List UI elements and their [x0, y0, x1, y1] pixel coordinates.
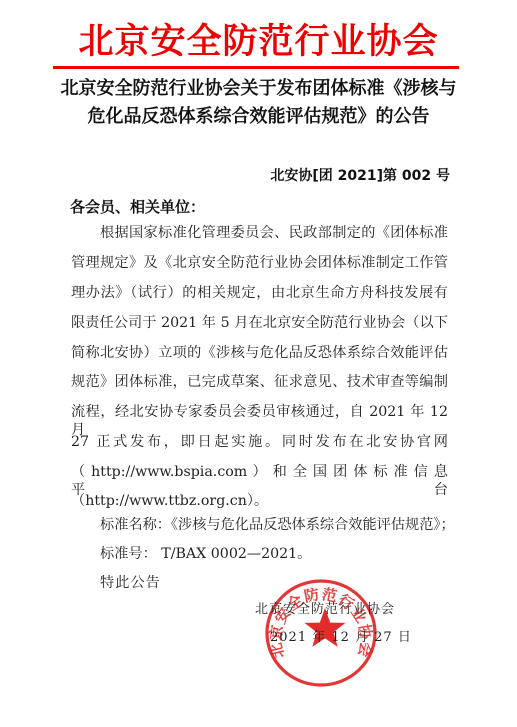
signature-organization: 北京安全防范行业协会 [255, 598, 395, 617]
announcement-title-line-1: 北京安全防范行业协会关于发布团体标准《涉核与 [0, 79, 517, 99]
body-line-3: 理办法》（试行）的相关规定，由北京生命方舟科技发展有 [71, 284, 448, 302]
body-line-2: 管理规定》及《北京安全防范行业协会团体标准制定工作管 [71, 254, 448, 272]
body-line-6: 规范》团体标准，已完成草案、征求意见、技术审查等编制 [71, 373, 448, 391]
organization-letterhead-title: 北京安全防范行业协会 [0, 22, 517, 62]
body-line-4: 限责任公司于 2021 年 5 月在北京安全防范行业协会（以下 [71, 314, 448, 332]
signature-date: 2021 年 12 月 27 日 [270, 626, 412, 645]
standard-name: 标准名称：《涉核与危化品反恐体系综合效能评估规范》； [100, 516, 455, 534]
body-line-1: 根据国家标准化管理委员会、民政部制定的《团体标准 [100, 224, 448, 242]
document-number: 北安协[团 2021]第 002 号 [270, 165, 450, 185]
closing-remark: 特此公告 [100, 574, 161, 592]
standard-number: 标准号： T/BAX 0002—2021。 [100, 545, 311, 563]
body-line-8: 27 正式发布，即日起实施。同时发布在北安协官网 [71, 433, 448, 451]
announcement-title-line-2: 危化品反恐体系综合效能评估规范》的公告 [0, 107, 517, 127]
salutation: 各会员、相关单位： [70, 196, 205, 217]
body-line-10: （http://www.ttbz.org.cn）。 [71, 492, 268, 510]
letterhead-divider [53, 66, 459, 69]
body-line-5: 简称北安协）立项的《涉核与危化品反恐体系综合效能评估 [71, 344, 448, 362]
